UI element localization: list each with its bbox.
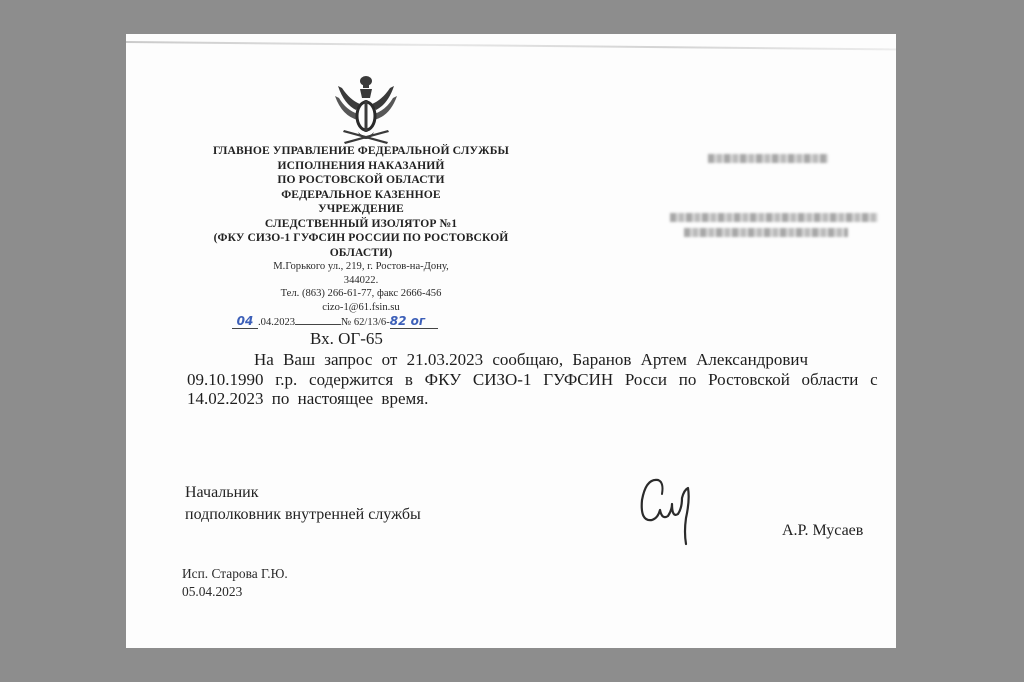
organization-header: ГЛАВНОЕ УПРАВЛЕНИЕ ФЕДЕРАЛЬНОЙ СЛУЖБЫ ИС… <box>196 144 526 314</box>
org-line: ОБЛАСТИ) <box>196 246 526 261</box>
outgoing-date-number: 04.04.2023№ 62/13/6-82 ог <box>232 314 438 329</box>
letter-body: На Ваш запрос от 21.03.2023 сообщаю, Бар… <box>187 350 896 409</box>
signatory-position: Начальник подполковник внутренней службы <box>185 482 421 526</box>
redacted-recipient-address <box>670 213 878 222</box>
phone-fax-line: Тел. (863) 266-61-77, факс 2666-456 <box>196 287 526 301</box>
incoming-reference: Вх. ОГ-65 <box>310 329 383 349</box>
signatory-name: А.Р. Мусаев <box>782 522 863 540</box>
outgoing-month-year: .04.2023 <box>258 317 295 328</box>
org-line: ПО РОСТОВСКОЙ ОБЛАСТИ <box>196 173 526 188</box>
scan-artifact-line <box>126 41 896 50</box>
address-line: М.Горького ул., 219, г. Ростов-на-Дону, <box>196 260 526 274</box>
outgoing-day-field: 04 <box>232 314 258 329</box>
org-line: ГЛАВНОЕ УПРАВЛЕНИЕ ФЕДЕРАЛЬНОЙ СЛУЖБЫ <box>196 144 526 159</box>
blank-line <box>295 324 341 325</box>
org-line: ФЕДЕРАЛЬНОЕ КАЗЕННОЕ <box>196 188 526 203</box>
document-page: ГЛАВНОЕ УПРАВЛЕНИЕ ФЕДЕРАЛЬНОЙ СЛУЖБЫ ИС… <box>126 34 896 648</box>
handwritten-day: 04 <box>237 314 254 328</box>
redacted-recipient-name <box>708 154 828 163</box>
signatory-title: Начальник <box>185 482 421 504</box>
address-line: 344022. <box>196 274 526 288</box>
body-line: На Ваш запрос от 21.03.2023 сообщаю, Бар… <box>187 350 896 370</box>
email-line: cizo-1@61.fsin.su <box>196 301 526 315</box>
executor-name: Исп. Старова Г.Ю. <box>182 565 288 583</box>
org-line: (ФКУ СИЗО-1 ГУФСИН РОССИИ ПО РОСТОВСКОЙ <box>196 231 526 246</box>
body-line: 14.02.2023 по настоящее время. <box>187 389 896 409</box>
handwritten-signature-icon <box>632 470 702 548</box>
redacted-recipient-address <box>684 228 848 237</box>
executor-block: Исп. Старова Г.Ю. 05.04.2023 <box>182 565 288 601</box>
org-line: УЧРЕЖДЕНИЕ <box>196 202 526 217</box>
org-line: СЛЕДСТВЕННЫЙ ИЗОЛЯТОР №1 <box>196 217 526 232</box>
signatory-rank: подполковник внутренней службы <box>185 504 421 526</box>
body-line: 09.10.1990 г.р. содержится в ФКУ СИЗО-1 … <box>187 370 896 390</box>
recipient-block-redacted <box>646 154 886 243</box>
executor-date: 05.04.2023 <box>182 583 288 601</box>
org-line: ИСПОЛНЕНИЯ НАКАЗАНИЙ <box>196 159 526 174</box>
handwritten-number: 82 ог <box>390 314 425 328</box>
outgoing-number-field: 82 ог <box>390 314 438 329</box>
eagle-emblem-icon <box>330 74 402 148</box>
outgoing-number-prefix: № 62/13/6- <box>341 317 390 328</box>
